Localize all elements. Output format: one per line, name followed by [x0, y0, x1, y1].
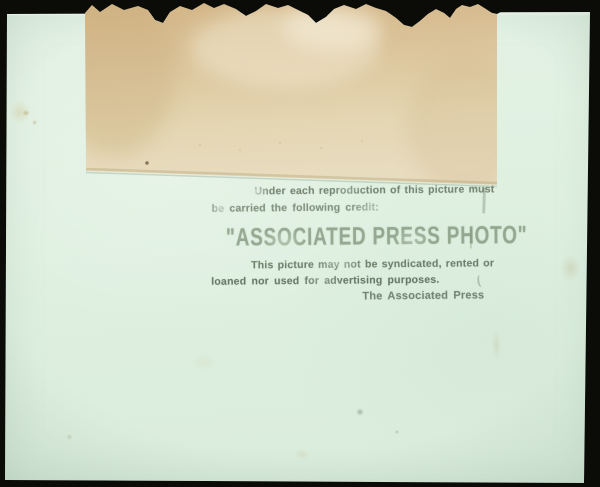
scanned-press-photo-back: Under each reproduction of this picture … — [0, 0, 600, 487]
photo-back-paper: Under each reproduction of this picture … — [0, 0, 600, 487]
stamp-line-1: Under each reproduction of this picture … — [254, 183, 494, 197]
stamp-credit-line: "ASSOCIATED PRESS PHOTO" — [226, 221, 528, 253]
stray-ink-mark — [482, 187, 485, 213]
stamp-signature: The Associated Press — [362, 289, 484, 302]
ap-credit-stamp: Under each reproduction of this picture … — [0, 0, 600, 487]
stamp-line-3: This picture may not be syndicated, rent… — [251, 257, 494, 271]
stamp-line-4: loaned nor used for advertising purposes… — [211, 274, 439, 288]
stray-ink-mark — [470, 228, 472, 248]
stray-ink-mark — [476, 274, 486, 288]
stamp-line-2: be carried the following credit: — [212, 201, 379, 214]
